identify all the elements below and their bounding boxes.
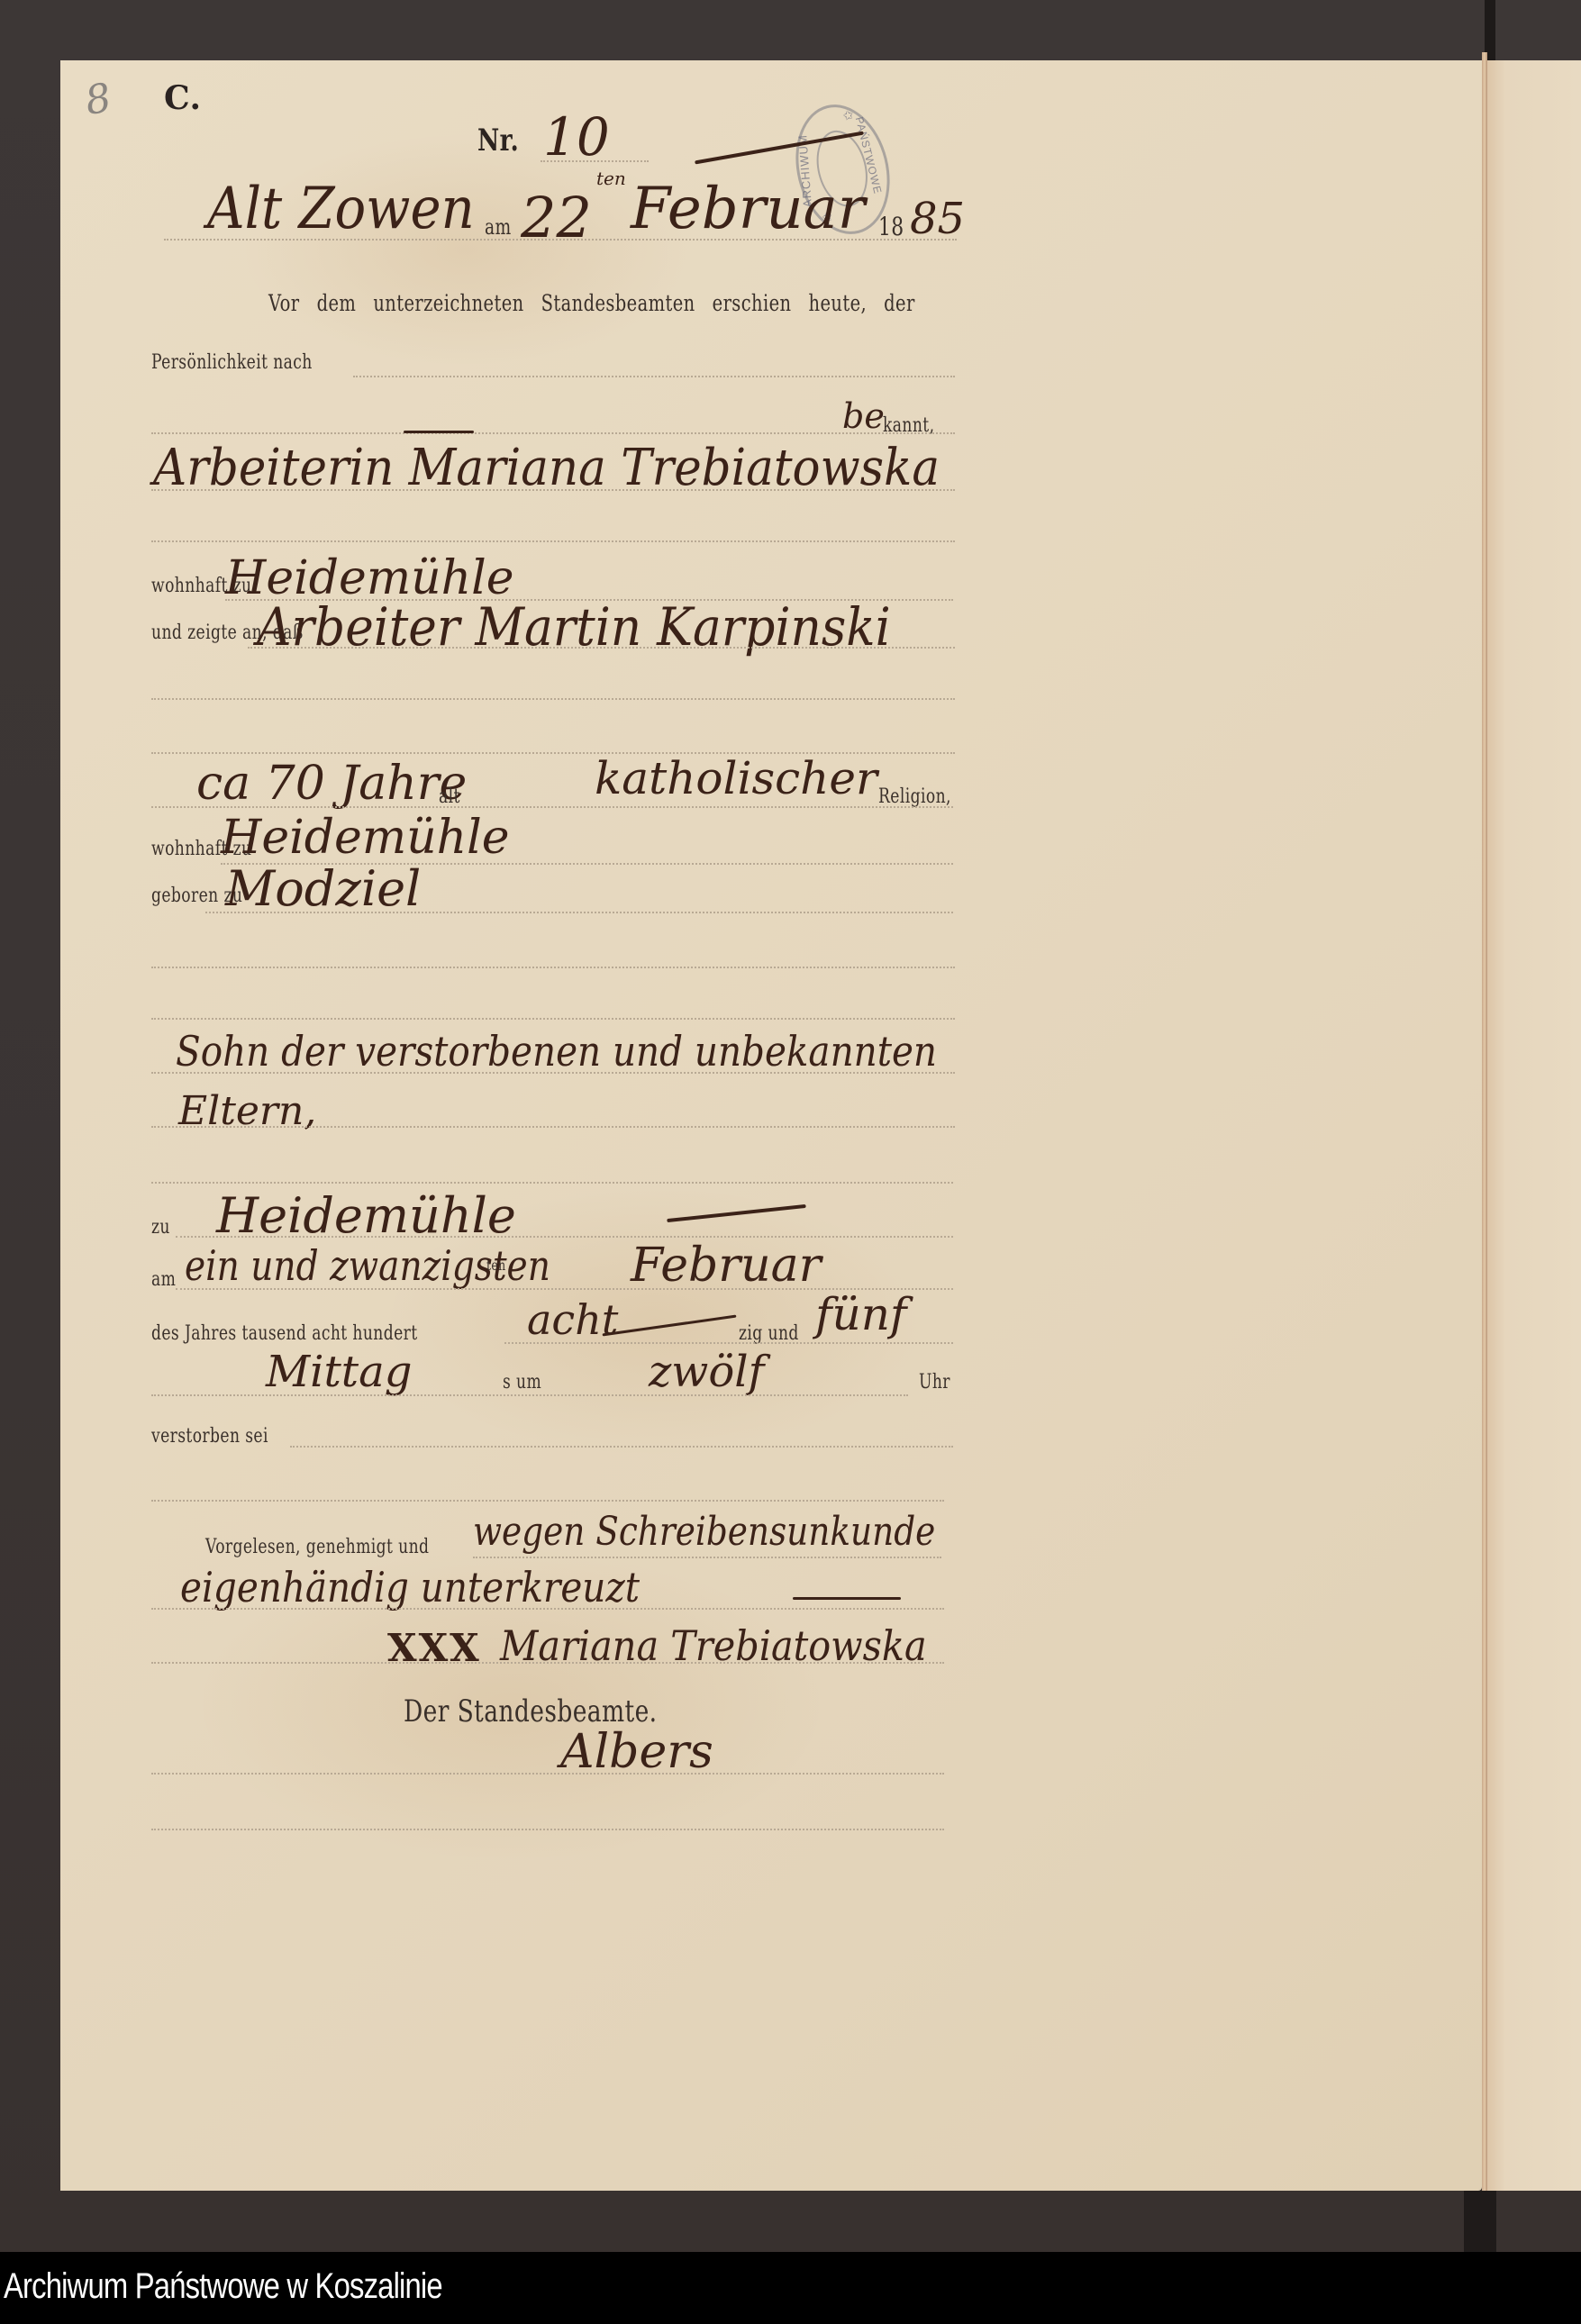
alt-label: alt: [439, 785, 460, 808]
record-number-label: Nr.: [477, 123, 519, 159]
section-letter: C.: [164, 79, 202, 117]
form-line: [473, 1557, 941, 1558]
book-gutter-bottom: [1464, 2191, 1496, 2252]
archive-footer-bar: Archiwum Państwowe w Koszalinie: [0, 2252, 1581, 2324]
am-label: am: [485, 214, 512, 240]
form-line: [151, 806, 953, 808]
year-handwritten: 85: [910, 194, 965, 244]
death-month: Februar: [631, 1239, 822, 1293]
verstorben-label: verstorben sei: [151, 1425, 268, 1448]
form-line: [151, 1394, 908, 1396]
bekannt-handwritten-prefix: be: [842, 396, 885, 436]
closing-strike: [793, 1597, 901, 1600]
deceased-age: ca 70 Jahre: [196, 757, 467, 811]
form-line: [151, 540, 955, 542]
des-jahres-label: des Jahres tausend acht hundert: [151, 1322, 418, 1345]
persoenlichkeit-label: Persönlichkeit nach: [151, 351, 313, 374]
deceased-religion: katholischer: [595, 752, 877, 804]
page-fold: [1482, 52, 1487, 2196]
uhr-label: Uhr: [919, 1371, 950, 1393]
number-line: [541, 160, 649, 162]
form-line: [151, 1608, 944, 1610]
form-line: [504, 1342, 953, 1344]
s-um-label: s um: [503, 1371, 541, 1393]
t-bar-stroke: [404, 431, 474, 433]
am-label-2: am: [151, 1268, 176, 1291]
closing-line-1: wegen Schreibensunkunde: [473, 1509, 935, 1555]
form-line: [248, 647, 955, 649]
place-of-registration: Alt Zowen: [207, 176, 475, 242]
closing-line-2: eigenhändig unterkreuzt: [180, 1563, 640, 1611]
form-line: [151, 489, 955, 491]
death-hour: zwölf: [649, 1347, 764, 1397]
deceased-residence: Heidemühle: [221, 811, 510, 865]
intro-text: Vor dem unterzeichneten Standesbeamten e…: [268, 290, 915, 316]
form-line: [151, 698, 955, 700]
record-number-value: 10: [543, 106, 610, 168]
time-period: Mittag: [266, 1347, 412, 1397]
form-line: [151, 1829, 944, 1830]
form-line: [290, 1446, 953, 1448]
birthplace: Modziel: [225, 860, 421, 917]
form-line: [205, 912, 953, 913]
form-line: [151, 1182, 953, 1184]
death-year-unit: fünf: [815, 1288, 906, 1340]
form-line: [151, 432, 955, 434]
form-line: [151, 1773, 944, 1775]
ten-label: ten: [486, 1257, 506, 1274]
vorgelesen-label: Vorgelesen, genehmigt und: [205, 1536, 429, 1558]
religion-label: Religion,: [878, 785, 951, 808]
form-line: [151, 1018, 955, 1020]
zu-label: zu: [151, 1216, 170, 1239]
year-printed: 18: [878, 212, 904, 241]
death-decade: acht: [527, 1295, 618, 1344]
form-line: [151, 1126, 955, 1128]
date-line: [164, 239, 957, 241]
form-line: [353, 376, 955, 377]
star-icon: ✩: [841, 108, 855, 124]
day-suffix: ten: [596, 168, 626, 189]
registrar-label: Der Standesbeamte.: [404, 1693, 657, 1729]
form-line: [151, 1072, 955, 1074]
parents-line-1: Sohn der verstorbenen und unbekannten: [176, 1027, 937, 1076]
adjacent-page: [1486, 60, 1581, 2191]
form-line: [151, 1500, 944, 1502]
archive-name: Archiwum Państwowe w Koszalinie: [4, 2266, 442, 2307]
registration-day: 22: [521, 185, 592, 250]
registrar-signature: Albers: [560, 1725, 713, 1779]
form-line: [151, 967, 955, 968]
form-line: [176, 1236, 953, 1238]
form-line: [151, 1662, 944, 1664]
registration-month: Februar: [631, 176, 865, 242]
